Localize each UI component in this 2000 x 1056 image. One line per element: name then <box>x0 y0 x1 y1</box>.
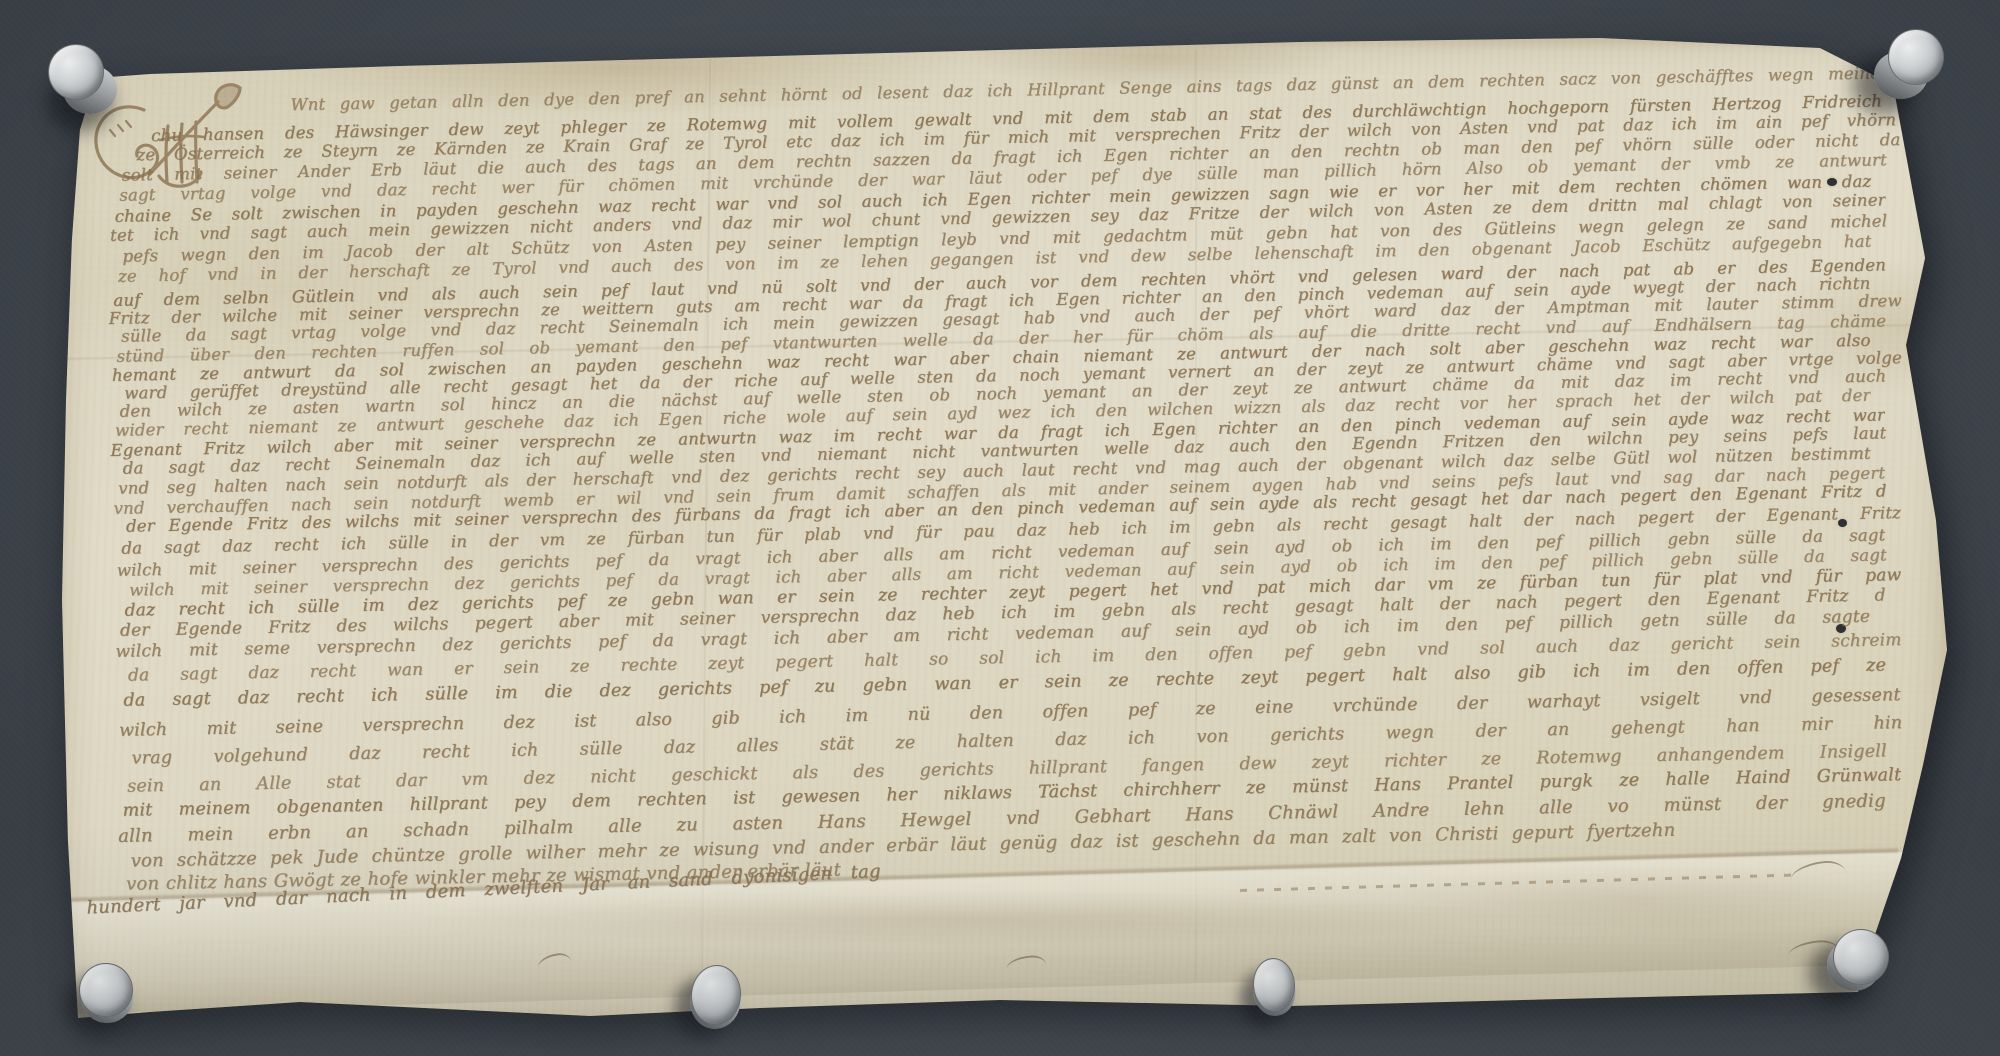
paperweight-face <box>1888 29 1944 85</box>
paperweight-bottom-center-right <box>1251 957 1297 1014</box>
photo-background: Wnt gaw getan alln den dye den pref an s… <box>0 0 2000 1056</box>
paperweight-bottom-right <box>1833 929 1889 985</box>
paperweight-bottom-center-left <box>688 963 744 1028</box>
paperweight-face <box>79 963 133 1017</box>
paperweight-top-right <box>1888 29 1944 85</box>
paperweight-top-left <box>48 44 104 100</box>
manuscript-text: Wnt gaw getan alln den dye den pref an s… <box>105 49 1923 985</box>
paperweight-face <box>1833 929 1889 985</box>
paperweight-face <box>48 44 104 100</box>
paperweight-bottom-left <box>79 963 133 1017</box>
parchment-sheet: Wnt gaw getan alln den dye den pref an s… <box>50 28 1955 1028</box>
parchment-charter: Wnt gaw getan alln den dye den pref an s… <box>50 28 1955 1028</box>
